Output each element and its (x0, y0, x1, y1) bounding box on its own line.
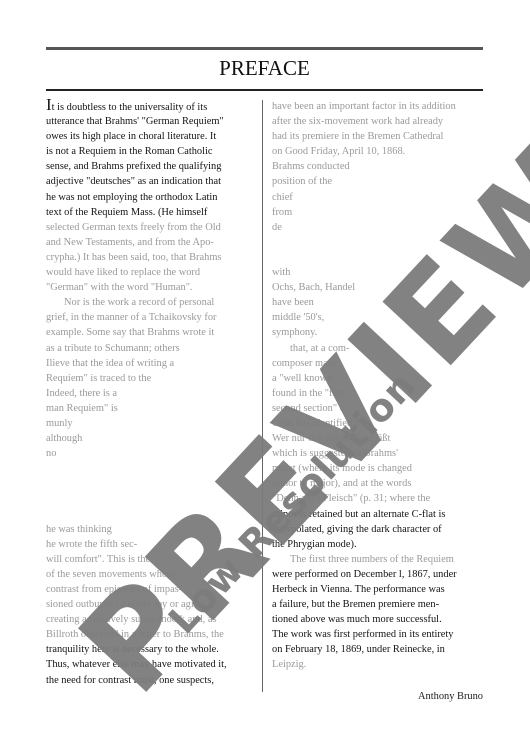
text-line: as a tribute to Schumann; others (46, 341, 257, 356)
text-line: had its premiere in the Bremen Cathedral (272, 129, 483, 144)
text-line: tioned above was much more successful. (272, 612, 483, 627)
text-line: a failure, but the Bremen premiere men- (272, 597, 483, 612)
text-line: no (46, 446, 257, 461)
left-column: It is doubtless to the universality of i… (46, 99, 257, 688)
text-line: "Denn alles Fleisch" (p. 31; where the (272, 491, 483, 506)
text-line: Ochs, Bach, Handel (272, 280, 483, 295)
text-line: which is suggested in Brahms' (272, 446, 483, 461)
text-line: interpolated, giving the dark character … (272, 522, 483, 537)
text-line: utterance that Brahms' "German Requiem" (46, 114, 257, 129)
text-line: he wrote the fifth sec- (46, 537, 257, 552)
text-line: the need for contrast must, one suspects… (46, 673, 257, 688)
text-line: Thus, whatever else may have motivated i… (46, 657, 257, 672)
page-title: PREFACE (46, 56, 483, 81)
text-line: Nor is the work a record of personal (46, 295, 257, 310)
title-rule (46, 89, 483, 91)
text-line: after the six-movement work had already (272, 114, 483, 129)
text-line: will comfort". This is the (46, 552, 257, 567)
text-line: chief (272, 190, 483, 205)
text-line: that, at a com- (272, 341, 483, 356)
text-line: crypha.) It has been said, too, that Bra… (46, 250, 257, 265)
text-line: The first three numbers of the Requiem (272, 552, 483, 567)
text-line: a "well known (272, 371, 483, 386)
top-rule (46, 47, 483, 50)
text-line: Brahms conducted (272, 159, 483, 174)
text-line: second section" of (272, 401, 483, 416)
text-line: tranquility here is necessary to the who… (46, 642, 257, 657)
text-line: selected German texts freely from the Ol… (46, 220, 257, 235)
text-line (46, 461, 257, 476)
text-line: creating a relatively sunny mood; and, a… (46, 612, 257, 627)
text-line: Leipzig. (272, 657, 483, 672)
right-column: have been an important factor in its add… (272, 99, 483, 704)
text-line: Wer nur den lieben Gott läßt (272, 431, 483, 446)
text-line: "German" with the word "Human". (46, 280, 257, 295)
text-line: Herbeck in Vienna. The performance was (272, 582, 483, 597)
document-page: PREFACE It is doubtless to the universal… (0, 0, 530, 750)
text-line: example. Some say that Brahms wrote it (46, 325, 257, 340)
text-line: Billroth observed in a letter to Brahms,… (46, 627, 257, 642)
text-line: text of the Requiem Mass. (He himself (46, 205, 257, 220)
text-line: he was thinking (46, 522, 257, 537)
text-line: position of the (272, 174, 483, 189)
text-line: is not a Requiem in the Roman Catholic (46, 144, 257, 159)
text-line: from (272, 205, 483, 220)
text-line: munly (46, 416, 257, 431)
text-line: composer made (272, 356, 483, 371)
text-line (46, 476, 257, 491)
text-line: were performed on December l, 1867, unde… (272, 567, 483, 582)
text-line: grief, in the manner of a Tchaikovsky fo… (46, 310, 257, 325)
text-line: he was not employing the orthodox Latin (46, 190, 257, 205)
text-line: have been (272, 295, 483, 310)
text-line: de (272, 220, 483, 235)
text-line: Ilieve that the idea of writing a (46, 356, 257, 371)
text-line: although (46, 431, 257, 446)
text-line: adjective "deutsches" as an indication t… (46, 174, 257, 189)
text-line (46, 491, 257, 506)
text-line: and New Testaments, and from the Apo- (46, 235, 257, 250)
author-signature: Anthony Bruno (272, 689, 483, 704)
text-line: Indeed, there is a (46, 386, 257, 401)
text-line: on February 18, 1869, under Reinecke, in (272, 642, 483, 657)
text-line (272, 250, 483, 265)
text-line: sioned outbursts of either joy or agitat… (46, 597, 257, 612)
text-line: motet (where its mode is changed (272, 461, 483, 476)
column-divider (262, 100, 263, 692)
text-line: It is doubtless to the universality of i… (46, 99, 257, 114)
text-line: the Phrygian mode). (272, 537, 483, 552)
text-line: The work was first performed in its enti… (272, 627, 483, 642)
text-line: Ochs has identified the (272, 416, 483, 431)
text-line: sense, and Brahms prefixed the qualifyin… (46, 159, 257, 174)
text-line: man Requiem" is (46, 401, 257, 416)
text-line (46, 507, 257, 522)
text-line: symphony. (272, 325, 483, 340)
text-line: owes its high place in choral literature… (46, 129, 257, 144)
text-line: minor is retained but an alternate C-fla… (272, 507, 483, 522)
text-line: would have liked to replace the word (46, 265, 257, 280)
text-line: minor to major), and at the words (272, 476, 483, 491)
text-line: middle '50's, (272, 310, 483, 325)
text-line: contrast from episodes of impas- (46, 582, 257, 597)
text-line: have been an important factor in its add… (272, 99, 483, 114)
text-line: Requiem" is traced to the (46, 371, 257, 386)
text-line: found in the "first (272, 386, 483, 401)
text-line: with (272, 265, 483, 280)
text-line: of the seven movements whose (46, 567, 257, 582)
text-line: on Good Friday, April 10, 1868. (272, 144, 483, 159)
text-line (272, 235, 483, 250)
